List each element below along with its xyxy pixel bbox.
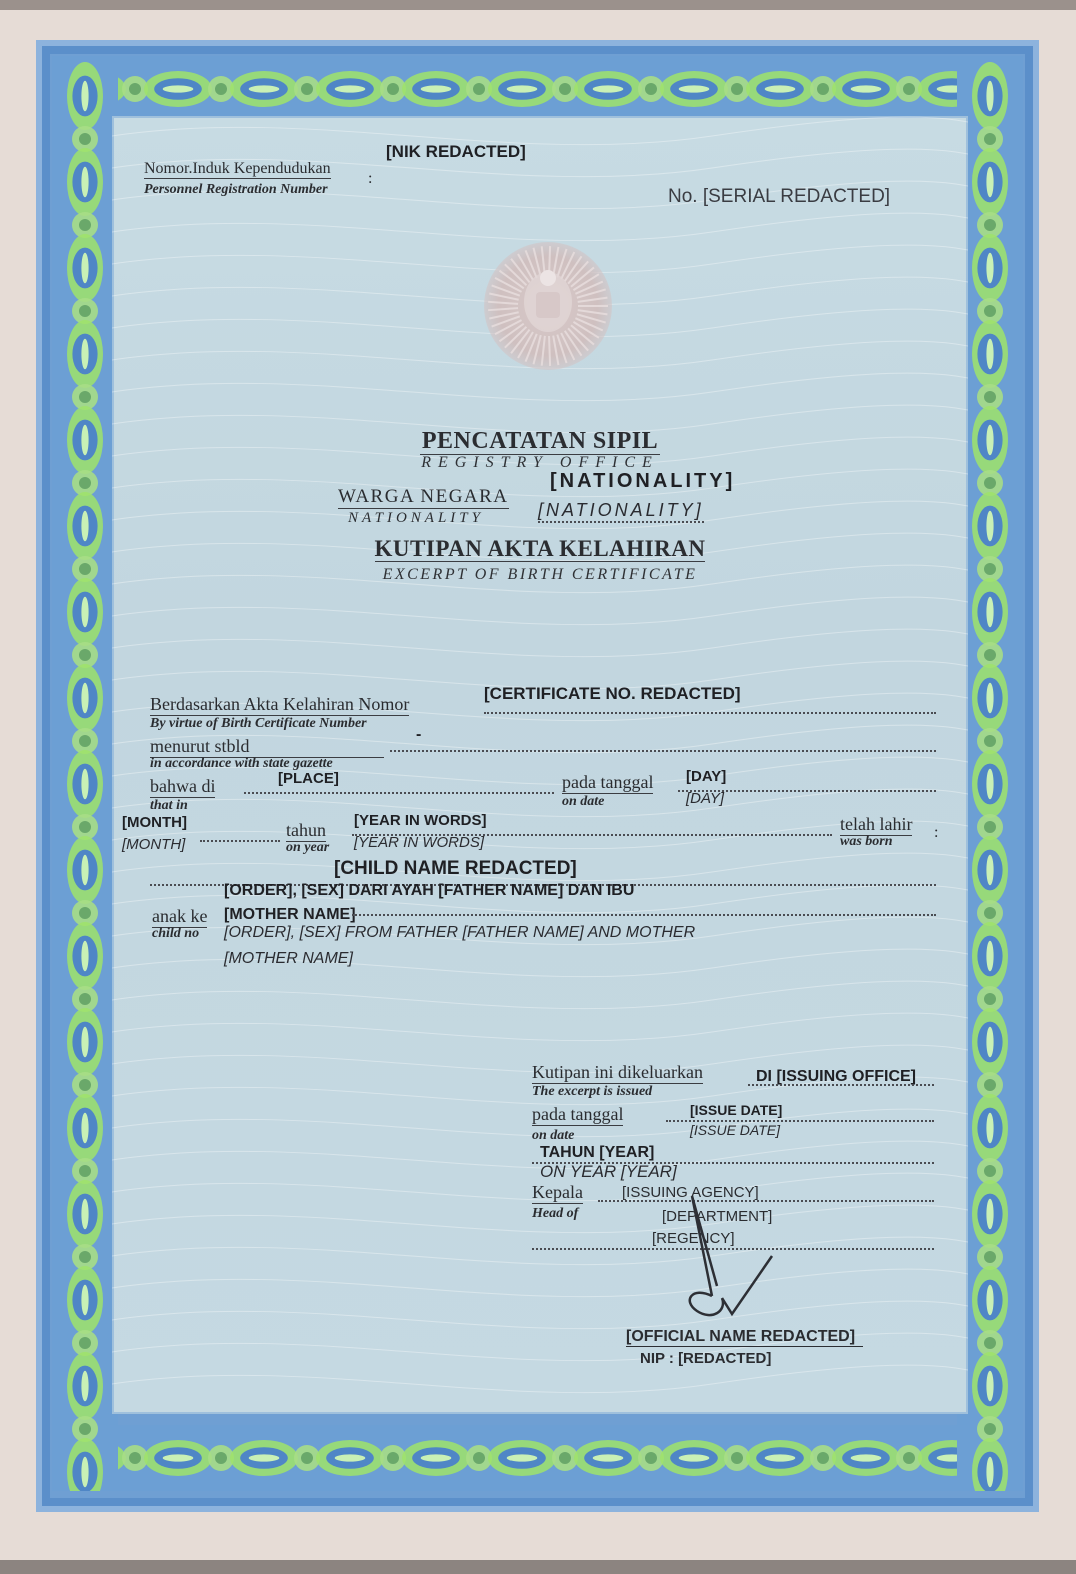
- issue-date-label-en: on date: [532, 1128, 574, 1144]
- issued-label-en: The excerpt is issued: [532, 1084, 652, 1100]
- child-desc-line2: [MOTHER NAME]: [224, 906, 356, 924]
- birth-year-value-en: [YEAR IN WORDS]: [354, 834, 484, 851]
- child-desc-line: [352, 914, 936, 916]
- child-no-label-en: child no: [152, 926, 199, 942]
- serial-number: No. [SERIAL REDACTED]: [668, 186, 890, 208]
- issue-date-value: [ISSUE DATE]: [690, 1102, 782, 1118]
- birth-date-line: [678, 790, 936, 792]
- cert-no-label-en: By virtue of Birth Certificate Number: [150, 716, 367, 732]
- stbld-label: menurut stbld: [150, 736, 384, 758]
- ornamental-border-left: [52, 56, 118, 1491]
- birth-year-line: [352, 834, 832, 836]
- nationality-label-en: NATIONALITY: [348, 510, 484, 527]
- birth-month-line: [200, 840, 280, 842]
- head-label: Kepala: [532, 1182, 583, 1204]
- child-name: [CHILD NAME REDACTED]: [334, 858, 577, 880]
- nik-label: Nomor.Induk Kependudukan: [144, 160, 331, 179]
- birth-date-label: pada tanggal: [562, 772, 653, 794]
- signatory-name: [OFFICIAL NAME REDACTED]: [626, 1328, 863, 1347]
- birth-month-value: [MONTH]: [122, 814, 187, 831]
- document-title: KUTIPAN AKTA KELAHIRAN: [375, 536, 706, 562]
- signature-icon: [672, 1186, 792, 1336]
- child-no-label: anak ke: [152, 906, 207, 928]
- ornamental-border-top: [52, 56, 1023, 122]
- birth-date-value: [DAY]: [686, 768, 726, 785]
- birth-year-label: tahun: [286, 820, 326, 842]
- issue-year-value-en: ON YEAR [YEAR]: [540, 1162, 677, 1182]
- place-line: [244, 792, 554, 794]
- cert-no-value: [CERTIFICATE NO. REDACTED]: [484, 684, 741, 704]
- issue-date-label: pada tanggal: [532, 1104, 623, 1126]
- stbld-value: -: [416, 726, 421, 744]
- nik-label-en: Personnel Registration Number: [144, 182, 328, 198]
- birth-date-value-en: [DAY]: [686, 790, 724, 807]
- place-label: bahwa di: [150, 776, 215, 798]
- head-label-en: Head of: [532, 1206, 578, 1222]
- place-label-en: that in: [150, 798, 188, 814]
- nationality-label: WARGA NEGARA: [338, 486, 509, 509]
- birth-date-label-en: on date: [562, 794, 604, 810]
- child-desc-en-line1: [ORDER], [SEX] FROM FATHER [FATHER NAME]…: [224, 924, 695, 942]
- birth-year-value: [YEAR IN WORDS]: [354, 812, 487, 829]
- child-desc-en-line2: [MOTHER NAME]: [224, 950, 353, 968]
- ornamental-border-bottom: [52, 1425, 1023, 1491]
- nationality-value-en: [NATIONALITY]: [538, 500, 704, 523]
- nik-value: [NIK REDACTED]: [386, 142, 526, 162]
- birth-year-label-en: on year: [286, 840, 329, 856]
- national-emblem-watermark-icon: [484, 242, 612, 370]
- issue-year-value: TAHUN [YEAR]: [540, 1144, 654, 1162]
- issued-label: Kutipan ini dikeluarkan: [532, 1062, 703, 1084]
- born-label-en: was born: [840, 834, 893, 850]
- photo-background-bottom: [0, 1560, 1076, 1574]
- nationality-value: [NATIONALITY]: [550, 470, 735, 493]
- document-title-en: EXCERPT OF BIRTH CERTIFICATE: [383, 566, 698, 583]
- cert-no-label: Berdasarkan Akta Kelahiran Nomor: [150, 694, 409, 716]
- nik-colon: :: [368, 170, 372, 188]
- issue-date-line: [666, 1120, 934, 1122]
- birth-month-value-en: [MONTH]: [122, 836, 185, 853]
- place-value: [PLACE]: [278, 770, 339, 787]
- born-colon: :: [934, 824, 938, 842]
- office-title: PENCATATAN SIPIL: [420, 428, 660, 455]
- issued-place-line: [748, 1084, 934, 1086]
- stbld-line: [390, 750, 936, 752]
- certificate-paper: Nomor.Induk Kependudukan Personnel Regis…: [112, 116, 968, 1414]
- born-label: telah lahir: [840, 814, 912, 836]
- issue-date-value-en: [ISSUE DATE]: [690, 1122, 780, 1138]
- cert-no-line: [484, 712, 936, 714]
- child-desc-line1: [ORDER], [SEX] DARI AYAH [FATHER NAME] D…: [224, 882, 634, 900]
- signatory-nip: NIP : [REDACTED]: [640, 1350, 771, 1367]
- office-title-en: REGISTRY OFFICE: [421, 454, 659, 471]
- photo-background-top: [0, 0, 1076, 10]
